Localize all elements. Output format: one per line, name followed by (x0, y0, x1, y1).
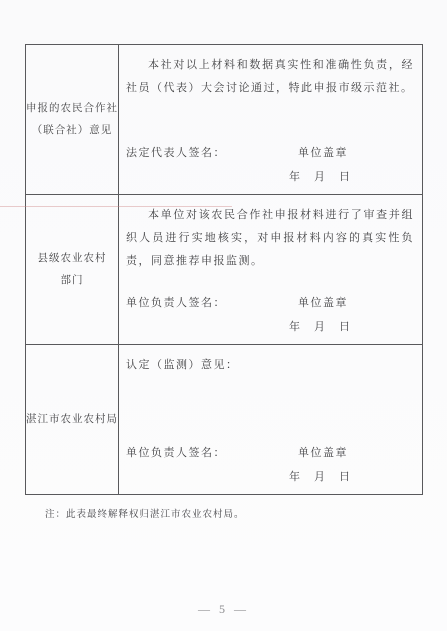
signature-block: 单位负责人签名： 单位盖章 年 月 日 (126, 291, 414, 339)
date-fields: 年 月 日 (126, 465, 414, 489)
opinion-statement: 本社对以上材料和数据真实性和准确性负责，经社员（代表）大会讨论通过，特此申报市级… (126, 54, 414, 100)
table-row-municipal-bureau: 湛江市农业农村局 认定（监测）意见： 单位负责人签名： 单位盖章 年 月 日 (26, 345, 422, 494)
signature-row: 法定代表人签名： 单位盖章 (126, 141, 414, 165)
cell-certification-opinion: 认定（监测）意见： 单位负责人签名： 单位盖章 年 月 日 (119, 345, 422, 494)
certification-opinion-label: 认定（监测）意见： (126, 354, 414, 377)
cell-county-opinion: 本单位对该农民合作社申报材料进行了审查并组织人员进行实地核实，对申报材料内容的真… (119, 195, 422, 344)
row-header-line: 湛江市农业农村局 (26, 409, 118, 431)
table-row-cooperative-opinion: 申报的农民合作社 （联合社）意见 本社对以上材料和数据真实性和准确性负责，经社员… (26, 45, 422, 195)
row-header-line: 县级农业农村 (38, 248, 107, 270)
row-header-cooperative: 申报的农民合作社 （联合社）意见 (26, 45, 119, 194)
row-header-line: 部门 (61, 270, 84, 292)
signature-block: 单位负责人签名： 单位盖章 年 月 日 (126, 441, 414, 489)
signer-label: 单位负责人签名： (126, 297, 226, 309)
row-header-line: 申报的农民合作社 (26, 98, 118, 120)
signature-row: 单位负责人签名： 单位盖章 (126, 441, 414, 465)
footnote: 注：此表最终解释权归湛江市农业农村局。 (45, 506, 245, 520)
signature-row: 单位负责人签名： 单位盖章 (126, 291, 414, 315)
page-number: — 5 — (0, 602, 447, 617)
scan-artifact-line (0, 206, 232, 207)
unit-seal-label: 单位盖章 (298, 141, 348, 165)
approval-opinions-table: 申报的农民合作社 （联合社）意见 本社对以上材料和数据真实性和准确性负责，经社员… (25, 44, 423, 495)
row-header-county-department: 县级农业农村 部门 (26, 195, 119, 344)
cell-cooperative-opinion: 本社对以上材料和数据真实性和准确性负责，经社员（代表）大会讨论通过，特此申报市级… (119, 45, 422, 194)
unit-seal-label: 单位盖章 (298, 441, 348, 465)
table-row-county-department: 县级农业农村 部门 本单位对该农民合作社申报材料进行了审查并组织人员进行实地核实… (26, 195, 422, 345)
row-header-municipal-bureau: 湛江市农业农村局 (26, 345, 119, 494)
date-fields: 年 月 日 (126, 315, 414, 339)
opinion-statement: 本单位对该农民合作社申报材料进行了审查并组织人员进行实地核实，对申报材料内容的真… (126, 204, 414, 273)
date-fields: 年 月 日 (126, 165, 414, 189)
signer-label: 单位负责人签名： (126, 447, 226, 459)
scanned-document-page: 申报的农民合作社 （联合社）意见 本社对以上材料和数据真实性和准确性负责，经社员… (0, 0, 447, 631)
row-header-line: （联合社）意见 (32, 120, 113, 142)
unit-seal-label: 单位盖章 (298, 291, 348, 315)
signer-label: 法定代表人签名： (126, 147, 226, 159)
signature-block: 法定代表人签名： 单位盖章 年 月 日 (126, 141, 414, 189)
